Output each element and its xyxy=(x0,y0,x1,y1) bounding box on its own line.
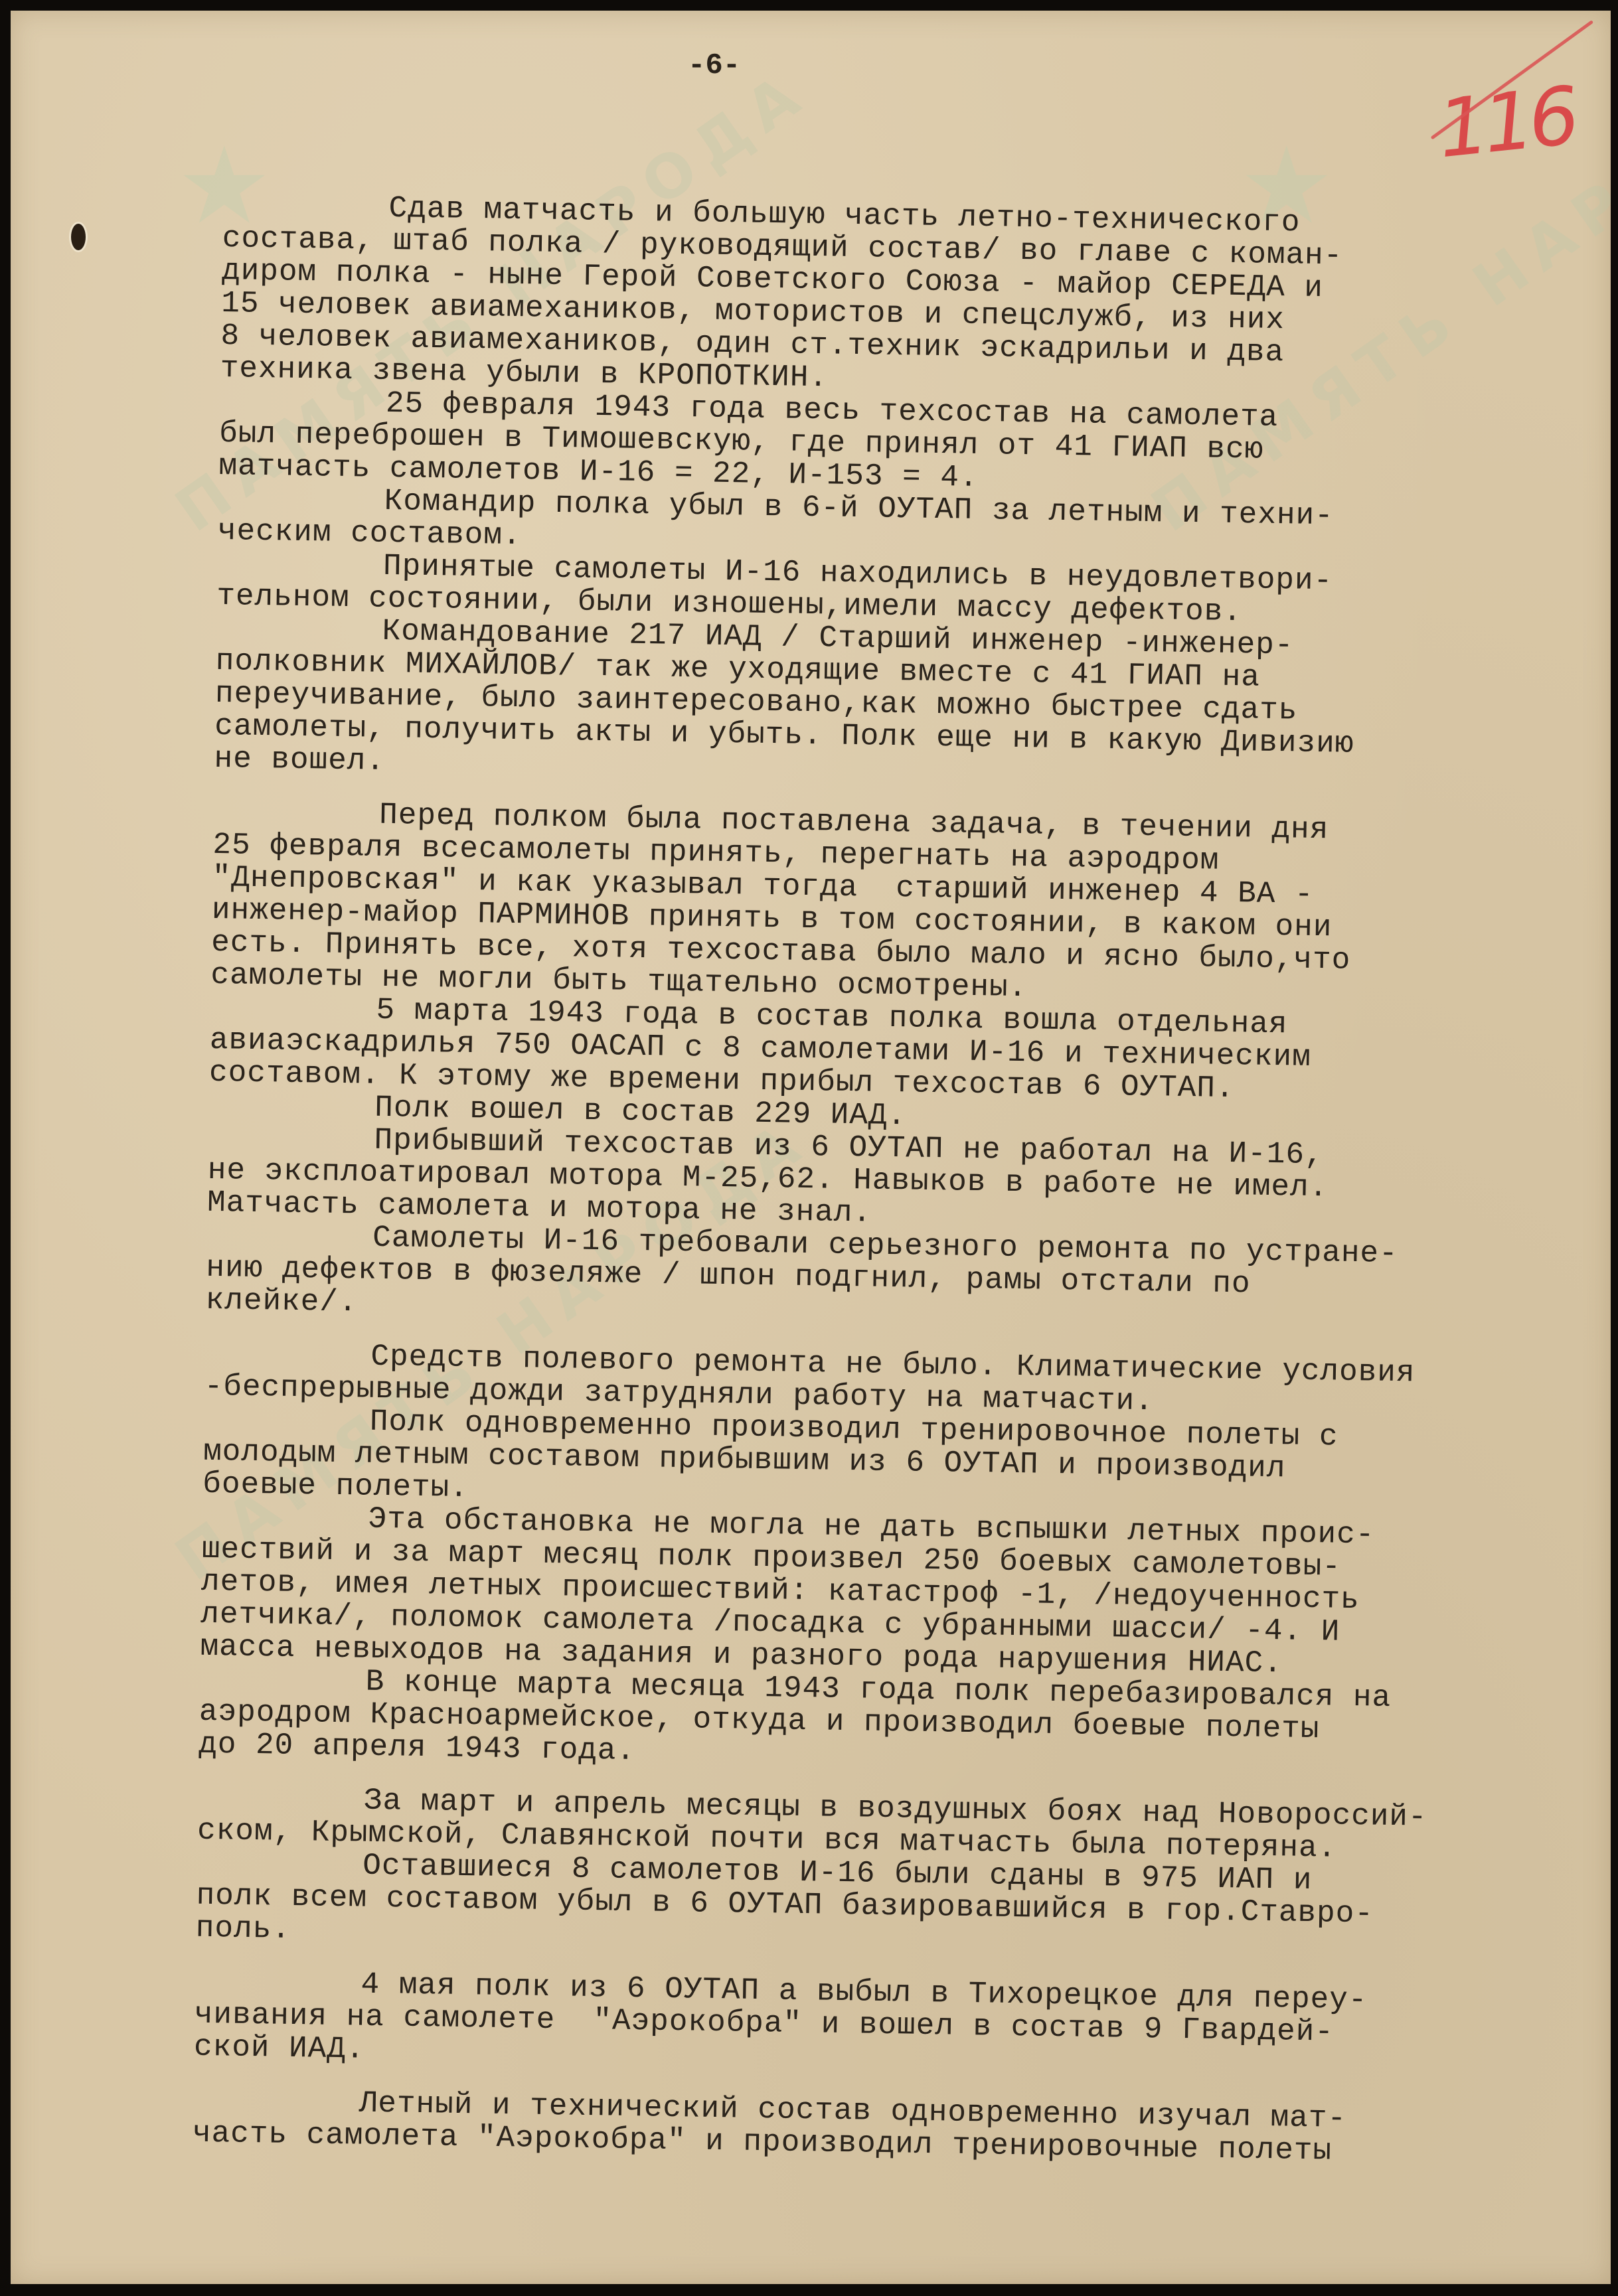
page-number: -6- xyxy=(688,49,740,82)
typewritten-body: Сдав матчасть и большую часть летно-техн… xyxy=(193,190,1564,2171)
document-sheet: ★ ★ ПАМЯТЬ НАРОДА ПАМЯТЬ НАРОДА ПАМЯТЬ Н… xyxy=(11,11,1611,2284)
punch-hole xyxy=(69,222,88,252)
